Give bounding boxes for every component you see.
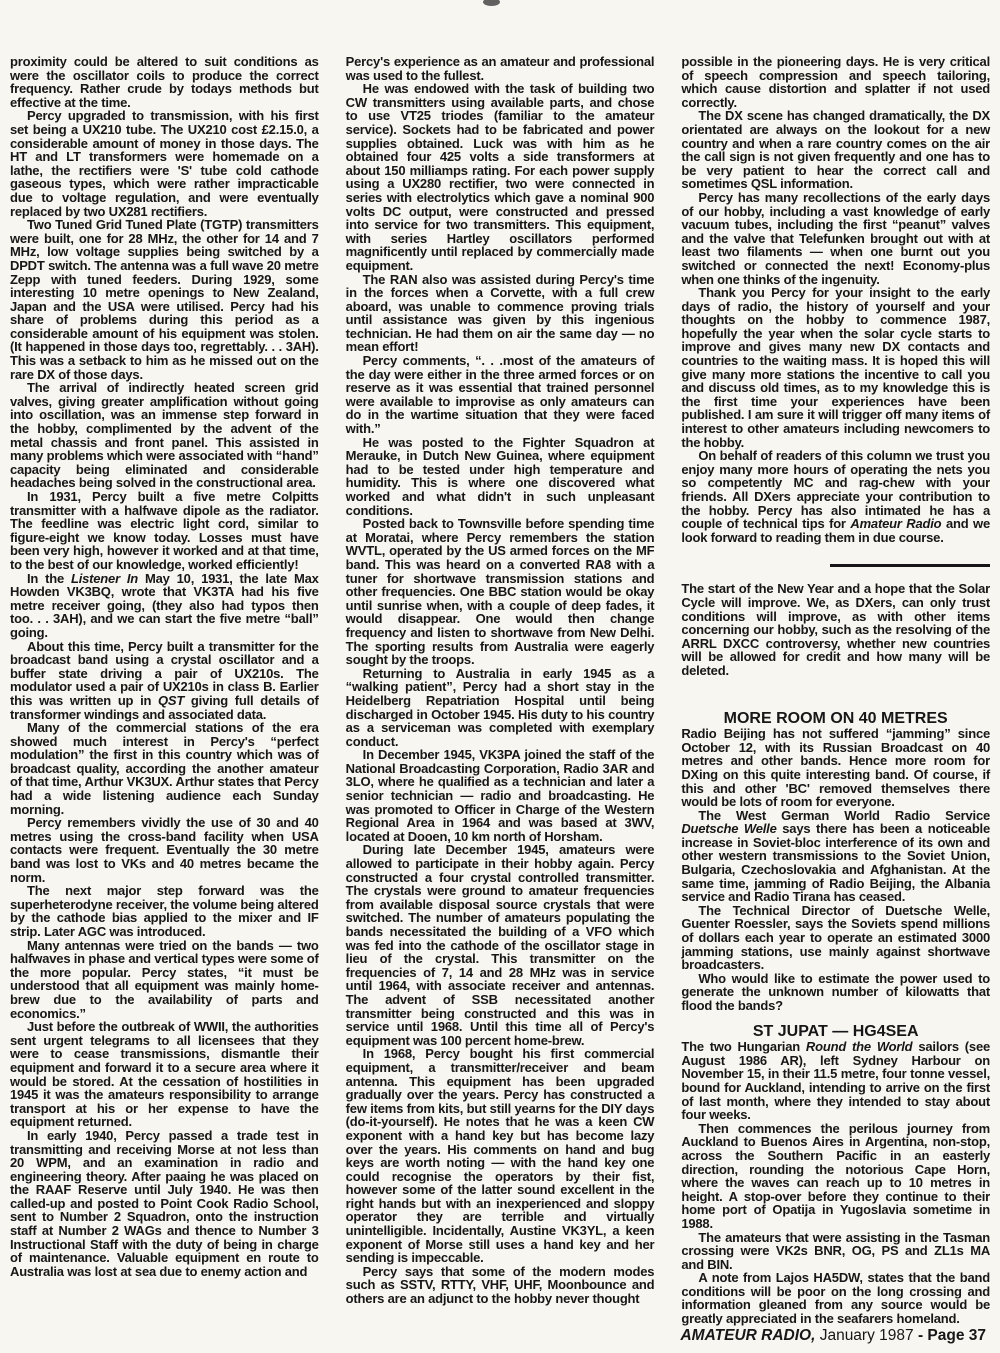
paragraph: The amateurs that were assisting in the … — [681, 1231, 990, 1272]
paragraph: proximity could be altered to suit condi… — [10, 55, 319, 109]
paragraph: Who would like to estimate the power use… — [681, 972, 990, 1013]
paragraph: He was posted to the Fighter Squadron at… — [346, 436, 655, 518]
paragraph: Thank you Percy for your insight to the … — [681, 286, 990, 449]
paragraph: The two Hungarian Round the World sailor… — [681, 1040, 990, 1122]
paragraph: Percy has many recollections of the earl… — [681, 191, 990, 286]
paragraph: In 1931, Percy built a five metre Colpit… — [10, 490, 319, 572]
article-columns: proximity could be altered to suit condi… — [10, 55, 990, 1326]
scan-artifact-mark — [483, 0, 500, 6]
section-divider-rule — [830, 564, 991, 567]
paragraph: In the Listener In May 10, 1931, the lat… — [10, 572, 319, 640]
paragraph: Many of the commercial stations of the e… — [10, 721, 319, 816]
magazine-page: proximity could be altered to suit condi… — [0, 0, 1000, 1353]
paragraph: In early 1940, Percy passed a trade test… — [10, 1129, 319, 1279]
text-column-1: proximity could be altered to suit condi… — [10, 55, 319, 1326]
paragraph: The RAN also was assisted during Percy's… — [346, 273, 655, 355]
paragraph: Many antennas were tried on the bands — … — [10, 939, 319, 1021]
paragraph: The DX scene has changed dramatically, t… — [681, 109, 990, 191]
paragraph: Then commences the perilous journey from… — [681, 1122, 990, 1231]
section-heading: MORE ROOM ON 40 METRES — [681, 712, 990, 726]
paragraph: In 1968, Percy bought his first commerci… — [346, 1047, 655, 1265]
paragraph: During late December 1945, amateurs were… — [346, 843, 655, 1047]
paragraph: Radio Beijing has not suffered “jamming”… — [681, 727, 990, 809]
paragraph: The next major step forward was the supe… — [10, 884, 319, 938]
paragraph: The start of the New Year and a hope tha… — [681, 582, 990, 677]
paragraph: Just before the outbreak of WWII, the au… — [10, 1020, 319, 1129]
paragraph: On behalf of readers of this column we t… — [681, 449, 990, 544]
paragraph: The arrival of indirectly heated screen … — [10, 381, 319, 490]
paragraph: Percy says that some of the modern modes… — [346, 1265, 655, 1306]
paragraph: Returning to Australia in early 1945 as … — [346, 667, 655, 749]
paragraph: Two Tuned Grid Tuned Plate (TGTP) transm… — [10, 218, 319, 381]
issue-date: January 1987 — [815, 1327, 918, 1344]
paragraph: possible in the pioneering days. He is v… — [681, 55, 990, 109]
paragraph: The Technical Director of Duetsche Welle… — [681, 904, 990, 972]
paragraph: A note from Lajos HA5DW, states that the… — [681, 1271, 990, 1325]
text-column-2: Percy's experience as an amateur and pro… — [346, 55, 655, 1326]
paragraph: He was endowed with the task of building… — [346, 82, 655, 272]
text-column-3: possible in the pioneering days. He is v… — [681, 55, 990, 1326]
page-footer: AMATEUR RADIO, January 1987 - Page 37 — [680, 1327, 986, 1345]
paragraph: Percy upgraded to transmission, with his… — [10, 109, 319, 218]
paragraph: In December 1945, VK3PA joined the staff… — [346, 748, 655, 843]
paragraph: Percy remembers vividly the use of 30 an… — [10, 816, 319, 884]
section-heading: ST JUPAT — HG4SEA — [681, 1025, 990, 1039]
page-number: - Page 37 — [918, 1327, 986, 1344]
paragraph: About this time, Percy built a transmitt… — [10, 640, 319, 722]
paragraph: Percy comments, “. . .most of the amateu… — [346, 354, 655, 436]
paragraph: Percy's experience as an amateur and pro… — [346, 55, 655, 82]
magazine-title: AMATEUR RADIO, — [680, 1327, 815, 1344]
paragraph: The West German World Radio Service Duet… — [681, 809, 990, 904]
paragraph: Posted back to Townsville before spendin… — [346, 517, 655, 667]
